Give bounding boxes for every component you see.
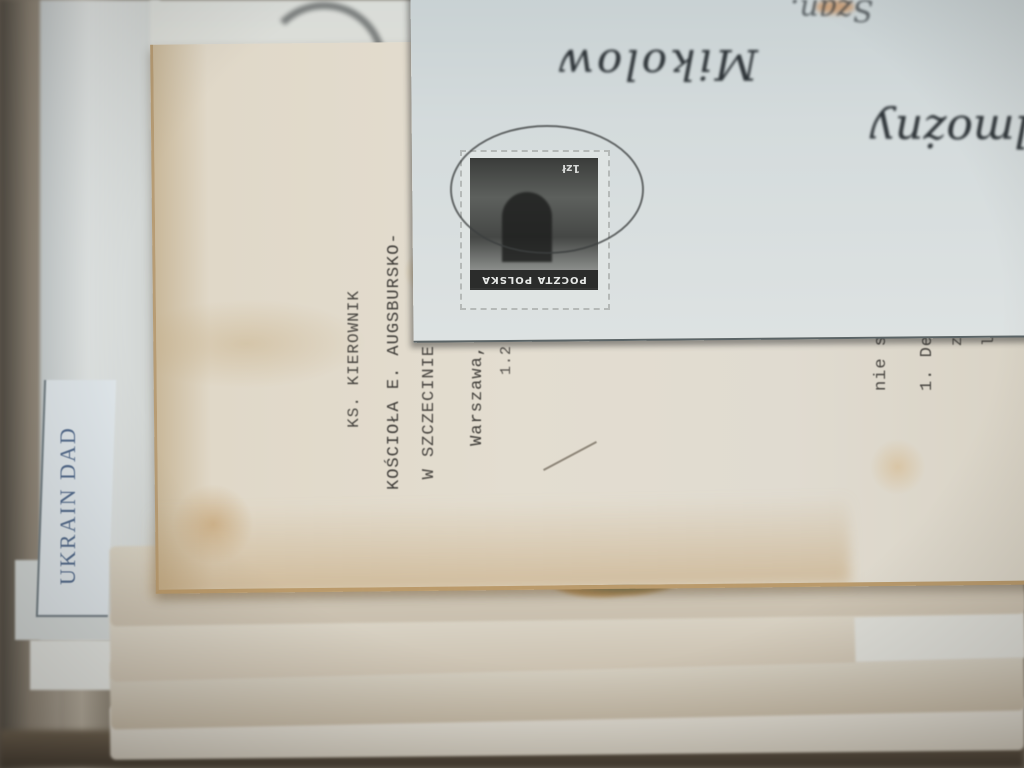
envelope-edge-stain: [149, 494, 850, 596]
background-envelope-bottom-left: [30, 640, 120, 690]
typed-address-line-2: KOŚCIOŁA E. AUGSBURSKO-: [385, 150, 404, 490]
typed-address-line-1: KS. KIEROWNIK: [345, 290, 363, 428]
stacked-envelope-right-2: [854, 613, 1024, 662]
typed-right-line-1: nie s: [872, 335, 891, 391]
typed-address-line-4: Warszawa,: [468, 345, 487, 446]
handwriting-line-2: Wielmożny: [870, 105, 1024, 156]
typed-address-line-3: W SZCZECINIE: [420, 345, 439, 479]
postmark-cancellation: [450, 125, 644, 254]
stamp-label: POCZTA POLSKA: [470, 270, 598, 288]
blue-lettering: UKRAIN DAD: [55, 395, 105, 585]
handwriting-line-1: Mikolow: [555, 40, 758, 89]
handwriting-line-3: Szan.: [790, 0, 873, 27]
typed-right-line-2: 1. De: [918, 335, 937, 391]
typed-address-line-5: 1.2: [498, 345, 515, 375]
